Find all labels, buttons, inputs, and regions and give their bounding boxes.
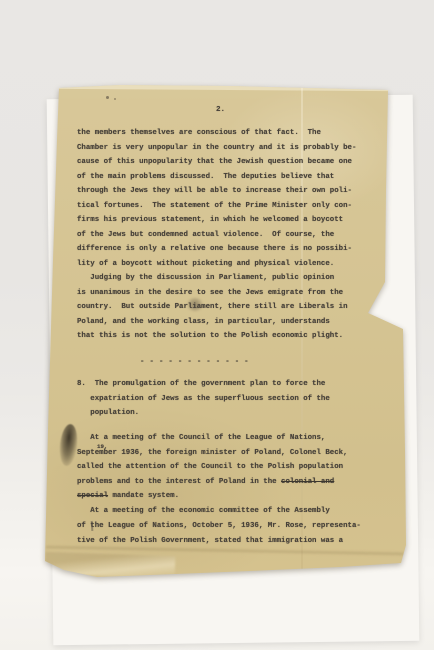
item-8-paragraph: 8. The promulgation of the government pl… [77,377,330,421]
typed-line: At a meeting of the Council of the Leagu… [77,431,348,446]
typed-line: firms his previous statement, in which h… [77,213,356,228]
ink-speck [106,96,109,99]
typed-date-insert: 19, [97,444,107,450]
typed-line: through the Jews they will be able to in… [77,184,356,199]
rose-paragraph: At a meeting of the economic committee o… [77,504,361,549]
top-edge-fold [56,83,390,91]
typed-text: problems and to the interest of Poland i… [77,478,281,486]
typed-line: lity of a boycott without picketing and … [77,257,356,272]
typed-line: At a meeting of the economic committee o… [77,504,361,519]
typed-line: September 1936, the foreign minister of … [77,446,348,461]
typed-line: difference is only a relative one becaus… [77,242,356,257]
typed-line: Chamber is very unpopular in the country… [77,141,356,156]
typed-line: of the League of Nations, October 5, 193… [77,519,361,534]
body-paragraphs: the members themselves are conscious of … [77,126,356,344]
typed-line: cause of this unpopularity that the Jewi… [77,155,356,170]
typed-line: special mandate system. [77,489,348,504]
typed-line: of the Jews but condemned actual violenc… [77,228,356,243]
typed-text: mandate system. [108,492,179,500]
ink-smear [58,423,79,467]
typed-line: tive of the Polish Government, stated th… [77,534,361,549]
typed-line: country. But outside Parliament, there s… [77,300,356,315]
typed-line: called the attention of the Council to t… [77,460,348,475]
typed-line: problems and to the interest of Poland i… [77,475,348,490]
beck-paragraph: 19, At a meeting of the Council of the L… [77,431,348,504]
typed-line: expatriation of Jews as the superfluous … [77,392,330,407]
page-number: 2. [216,106,225,114]
paper-shadow: 2. the members themselves are conscious … [0,0,434,650]
typed-line: is unanimous in the desire to see the Je… [77,286,356,301]
struck-text: special [77,492,108,500]
section-divider: - - - - - - - - - - - - [140,357,249,367]
typed-line: Judging by the discussion in Parliament,… [77,271,356,286]
typed-line: 8. The promulgation of the government pl… [77,377,330,392]
typed-line: of the main problems discussed. The depu… [77,170,356,185]
struck-text: colonial and [281,478,334,486]
ink-speck [114,98,116,100]
typed-line: that this is not the solution to the Pol… [77,329,356,344]
typed-line: population. [77,406,330,421]
typed-line: tical fortunes. The statement of the Pri… [77,199,356,214]
document-page: 2. the members themselves are conscious … [0,0,434,650]
bottom-left-fold [45,552,176,579]
typed-line: the members themselves are conscious of … [77,126,356,141]
typed-line: Poland, and the working class, in partic… [77,315,356,330]
